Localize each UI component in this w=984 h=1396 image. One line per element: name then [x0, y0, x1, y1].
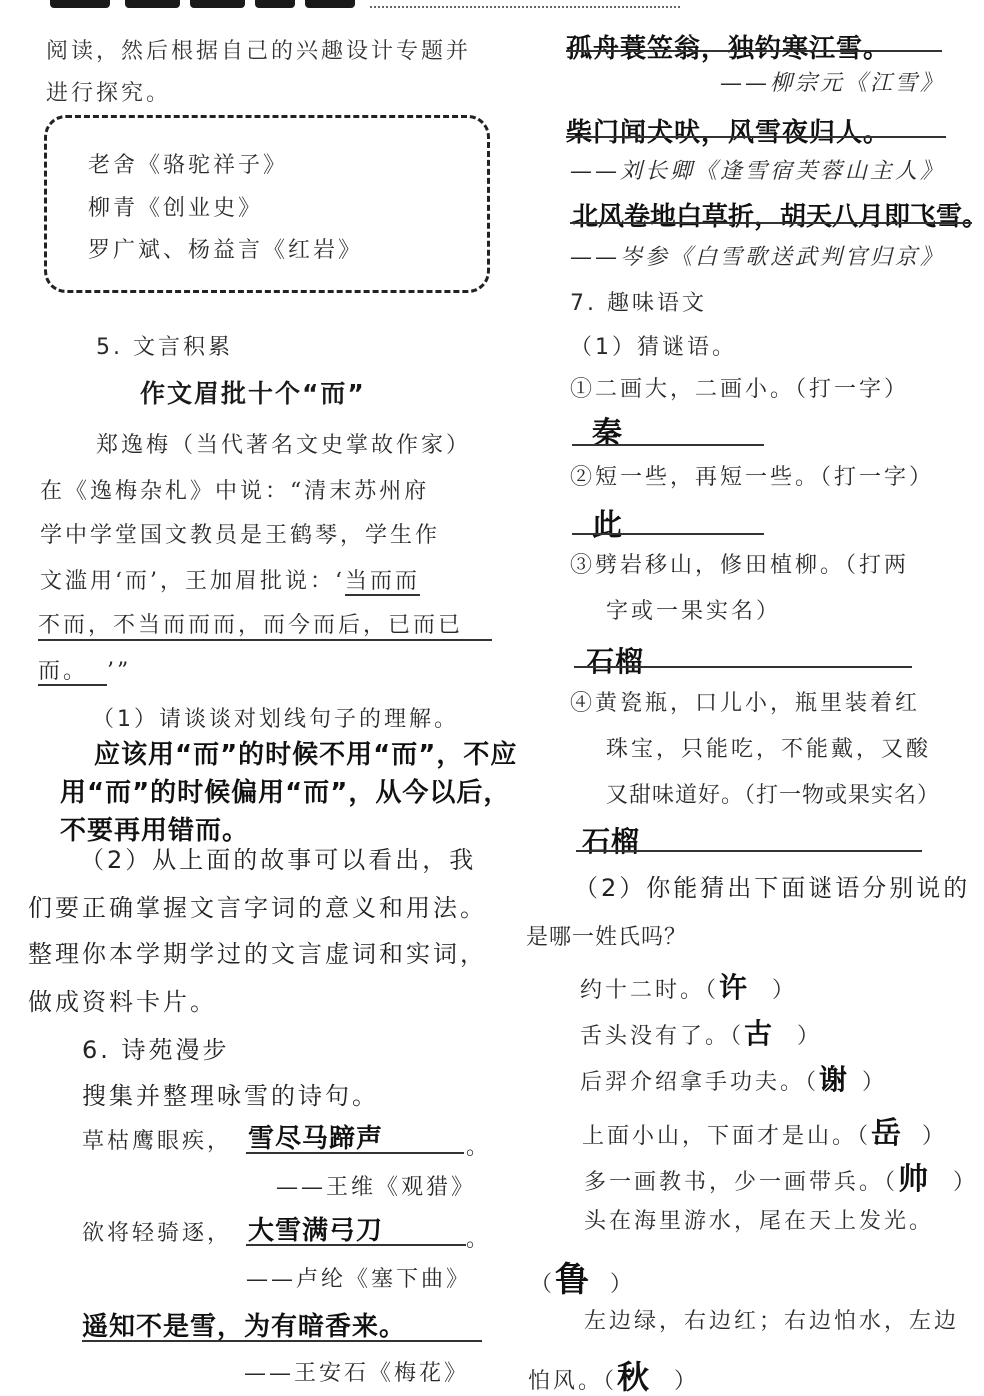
- passage-line: 学中学堂国文教员是王鹤琴，学生作: [40, 518, 440, 549]
- handwritten-answer: 谢: [819, 1063, 862, 1096]
- handwritten-answer: 用“而”的时候偏用“而”，从今以后，: [60, 772, 510, 809]
- poem-source: ——柳宗元《江雪》: [720, 66, 945, 97]
- riddle: ①二画大，二画小。（打一字）: [570, 372, 909, 403]
- book-item: 柳青《创业史》: [88, 191, 263, 222]
- handwritten-answer: 石榴: [582, 820, 640, 860]
- period: 。: [466, 1222, 491, 1253]
- handwritten-answer: 石榴: [586, 640, 644, 680]
- book-item: 罗广斌、杨益言《红岩》: [88, 233, 363, 264]
- handwritten-answer: 大雪满弓刀: [248, 1210, 383, 1247]
- answer-line: [572, 444, 764, 446]
- answer-line: [572, 533, 764, 535]
- riddle: ②短一些，再短一些。（打一字）: [570, 460, 934, 491]
- period: 。: [466, 1130, 491, 1161]
- intro-line: 进行探究。: [46, 76, 171, 107]
- riddle: ③劈岩移山，修田植柳。（打两: [570, 548, 909, 579]
- answer-line: [566, 136, 946, 138]
- poem-source: ——王维《观猎》: [276, 1170, 476, 1201]
- handwritten-answer: 秋: [617, 1358, 674, 1396]
- surname-riddle: 约十二时。（许）: [580, 966, 797, 1006]
- underlined-text: 不而，不当而而而，而今而后，已而已: [38, 608, 492, 641]
- passage-line: 郑逸梅（当代著名文史掌故作家）: [96, 428, 471, 459]
- question-2: （2）从上面的故事可以看出，我: [80, 840, 476, 875]
- surname-riddle: 左边绿，右边红；右边怕水，左边: [584, 1304, 959, 1335]
- answer-line: [576, 850, 922, 852]
- handwritten-answer: 雪尽马蹄声: [248, 1118, 383, 1155]
- handwritten-answer: 应该用“而”的时候不用“而”，不应: [94, 734, 517, 771]
- part-heading: 是哪一姓氏吗？: [526, 920, 687, 951]
- handwritten-answer: 鲁: [555, 1260, 610, 1300]
- question-2: 整理你本学期学过的文言虚词和实词，: [28, 934, 487, 969]
- underlined-text: 而。: [38, 659, 107, 686]
- poem-source: ——刘长卿《逢雪宿芙蓉山主人》: [570, 154, 945, 185]
- surname-riddle: （鲁）: [530, 1252, 635, 1301]
- question-2: 做成资料卡片。: [28, 982, 217, 1017]
- answer-line: [566, 50, 942, 52]
- question-1: （1）请谈谈对划线句子的理解。: [92, 702, 459, 733]
- part-heading: （1）猜谜语。: [570, 330, 737, 361]
- section-heading: 5. 文言积累: [96, 330, 233, 361]
- answer-line: [82, 1340, 482, 1342]
- handwritten-answer: 北风卷地白草折，胡天八月即飞雪。: [572, 196, 984, 233]
- handwritten-answer: 帅: [898, 1162, 953, 1197]
- passage-line: 而。’”: [38, 654, 131, 685]
- part-heading: （2）你能猜出下面谜语分别说的: [574, 868, 970, 903]
- cropped-header: [30, 0, 680, 12]
- handwritten-answer: 遥知不是雪，为有暗香来。: [82, 1306, 406, 1343]
- book-item: 老舍《骆驼祥子》: [88, 148, 288, 179]
- passage-line: 文滥用‘而’，王加眉批说：‘当而而: [40, 564, 420, 595]
- underlined-text: 当而而: [345, 569, 420, 596]
- answer-line: [574, 666, 912, 668]
- handwritten-answer: 古: [744, 1017, 797, 1050]
- surname-riddle: 后羿介绍拿手功夫。（谢）: [580, 1058, 887, 1098]
- surname-riddle: 多一画教书，少一画带兵。（帅）: [584, 1154, 978, 1198]
- section-heading: 7. 趣味语文: [570, 286, 707, 317]
- intro-line: 阅读，然后根据自己的兴趣设计专题并: [46, 34, 471, 65]
- passage-title: 作文眉批十个“而”: [140, 374, 366, 410]
- passage-line: 在《逸梅杂札》中说：“清末苏州府: [40, 474, 429, 505]
- answer-line: [570, 222, 972, 224]
- surname-riddle: 头在海里游水，尾在天上发光。: [584, 1204, 934, 1235]
- handwritten-answer: 孤舟蓑笠翁，独钓寒江雪。: [566, 28, 890, 65]
- answer-line: [246, 1244, 466, 1246]
- answer-line: [246, 1152, 464, 1154]
- surname-riddle: 舌头没有了。（古）: [580, 1012, 822, 1052]
- handwritten-answer: 许: [719, 971, 772, 1004]
- poem-source: ——卢纶《塞下曲》: [246, 1262, 471, 1293]
- section-heading: 6. 诗苑漫步: [82, 1030, 230, 1065]
- handwritten-answer: 岳: [871, 1116, 922, 1151]
- handwritten-answer: 此: [592, 500, 623, 544]
- riddle: 珠宝，只能吃，不能戴，又酸: [606, 732, 931, 763]
- poem-source: ——岑参《白雪歌送武判官归京》: [570, 240, 945, 271]
- riddle: 字或一果实名）: [606, 594, 781, 625]
- poem-prompt: 草枯鹰眼疾，: [82, 1124, 232, 1155]
- riddle: ④黄瓷瓶，口儿小，瓶里装着红: [570, 686, 920, 717]
- poem-source: ——王安石《梅花》: [244, 1356, 469, 1387]
- handwritten-answer: 柴门闻犬吠，风雪夜归人。: [566, 112, 890, 149]
- instruction: 搜集并整理咏雪的诗句。: [82, 1076, 379, 1111]
- poem-prompt: 欲将轻骑逐，: [82, 1216, 232, 1247]
- riddle: 又甜味道好。（打一物或果实名）: [606, 778, 940, 809]
- surname-riddle: 怕风。（秋）: [528, 1352, 699, 1396]
- surname-riddle: 上面小山，下面才是山。（岳）: [582, 1108, 947, 1152]
- question-2: 们要正确掌握文言字词的意义和用法。: [28, 888, 487, 923]
